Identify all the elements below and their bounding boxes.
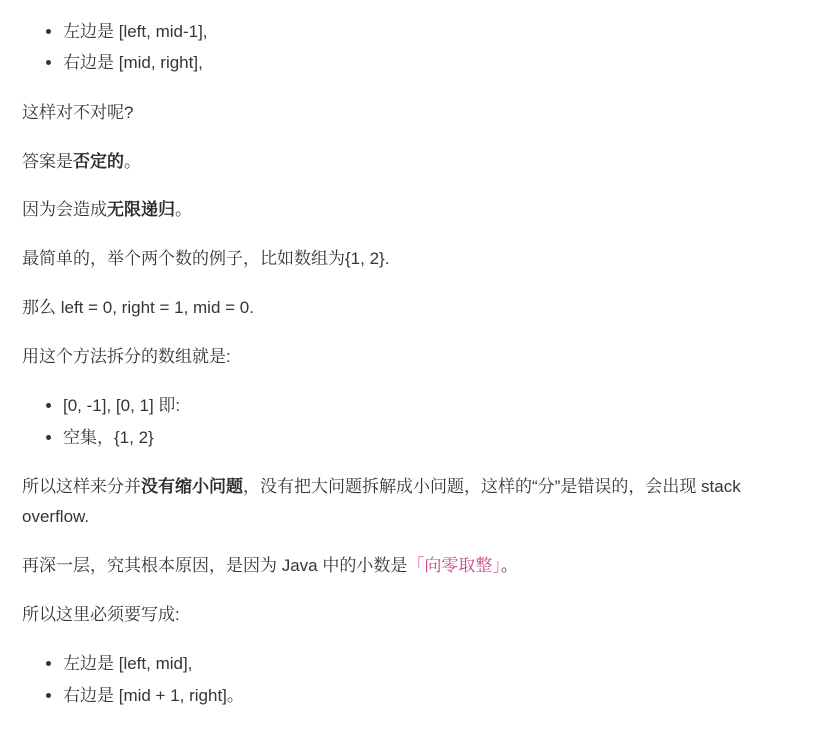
paragraph-root-cause: 再深一层，究其根本原因，是因为 Java 中的小数是「向零取整」。	[22, 551, 803, 581]
list-item-correct-right: 右边是 [mid + 1, right]。	[63, 680, 803, 711]
root-cause-post-text: 。	[501, 556, 518, 575]
paragraph-example: 最简单的，举个两个数的例子，比如数组为{1, 2}.	[22, 244, 803, 274]
paragraph-question: 这样对不对呢?	[22, 98, 803, 128]
conclusion-bold-text: 没有缩小问题	[141, 477, 243, 496]
paragraph-answer: 答案是否定的。	[22, 147, 803, 177]
paragraph-correct-intro: 所以这里必须要写成:	[22, 600, 803, 630]
wrong-split-list: 左边是 [left, mid-1], 右边是 [mid, right],	[22, 16, 803, 79]
split-result-list: [0, -1], [0, 1] 即: 空集，{1, 2}	[22, 390, 803, 453]
paragraph-reason: 因为会造成无限递归。	[22, 195, 803, 225]
paragraph-conclusion: 所以这样来分并没有缩小问题，没有把大问题拆解成小问题，这样的“分”是错误的，会出…	[22, 472, 803, 532]
paragraph-split-intro: 用这个方法拆分的数组就是:	[22, 342, 803, 372]
rounding-toward-zero-link[interactable]: 「向零取整」	[407, 556, 501, 575]
paragraph-values: 那么 left = 0, right = 1, mid = 0.	[22, 293, 803, 323]
reason-pre-text: 因为会造成	[22, 200, 107, 219]
article-content: 左边是 [left, mid-1], 右边是 [mid, right], 这样对…	[0, 0, 829, 739]
list-item-left-range: 左边是 [left, mid-1],	[63, 16, 803, 47]
conclusion-pre-text: 所以这样来分并	[22, 477, 141, 496]
reason-post-text: 。	[175, 200, 192, 219]
list-item-right-range: 右边是 [mid, right],	[63, 47, 803, 78]
list-item-correct-left: 左边是 [left, mid],	[63, 648, 803, 679]
list-item-split-sets: 空集，{1, 2}	[63, 422, 803, 453]
list-item-split-ranges: [0, -1], [0, 1] 即:	[63, 390, 803, 421]
correct-split-list: 左边是 [left, mid], 右边是 [mid + 1, right]。	[22, 648, 803, 711]
root-cause-pre-text: 再深一层，究其根本原因，是因为 Java 中的小数是	[22, 556, 407, 575]
article-page: { "page": { "background": "#ffffff", "te…	[0, 0, 829, 739]
reason-bold-text: 无限递归	[107, 200, 175, 219]
answer-post-text: 。	[124, 152, 141, 171]
answer-pre-text: 答案是	[22, 152, 73, 171]
answer-bold-text: 否定的	[73, 152, 124, 171]
